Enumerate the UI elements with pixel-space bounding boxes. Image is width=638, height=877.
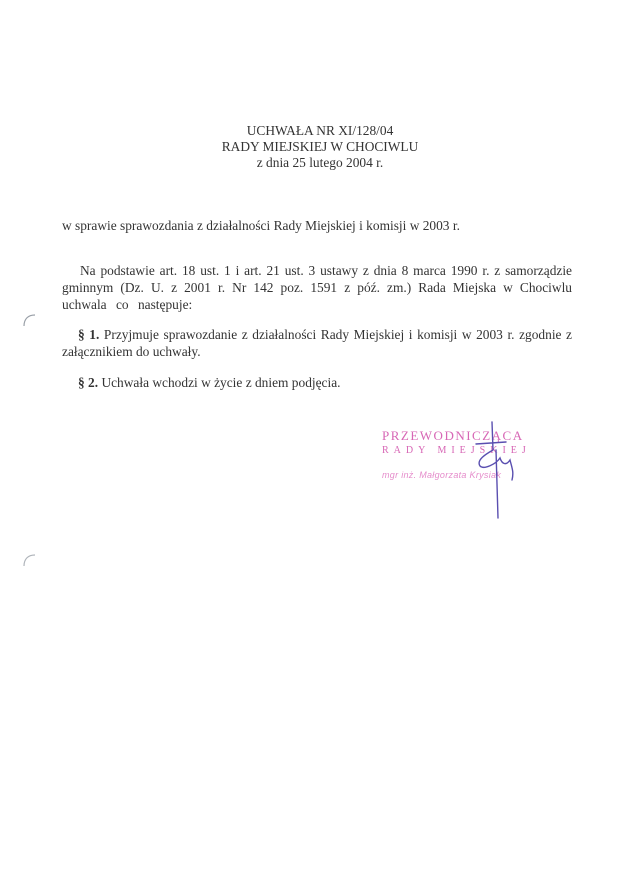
handwritten-signature-icon xyxy=(462,420,522,520)
document-page: UCHWAŁA NR XI/128/04 RADY MIEJSKIEJ W CH… xyxy=(0,0,638,877)
legal-basis-line: Na podstawie art. 18 ust. 1 i art. 21 us… xyxy=(62,262,572,279)
legal-basis-line: gminnym (Dz. U. z 2001 r. Nr 142 poz. 15… xyxy=(62,279,572,296)
resolution-subject: w sprawie sprawozdania z działalności Ra… xyxy=(62,218,460,234)
section-text: Przyjmuje sprawozdanie z działalności Ra… xyxy=(99,327,572,342)
section-text: Uchwała wchodzi w życie z dniem podjęcia… xyxy=(98,375,340,390)
resolution-title: UCHWAŁA NR XI/128/04 RADY MIEJSKIEJ W CH… xyxy=(140,123,500,171)
title-line-date: z dnia 25 lutego 2004 r. xyxy=(140,155,500,171)
title-line-number: UCHWAŁA NR XI/128/04 xyxy=(140,123,500,139)
punch-hole-mark-icon xyxy=(22,552,38,568)
title-line-council: RADY MIEJSKIEJ W CHOCIWLU xyxy=(140,139,500,155)
punch-hole-mark-icon xyxy=(22,312,38,328)
section-number: § 1. xyxy=(78,327,99,342)
section-text: załącznikiem do uchwały. xyxy=(62,343,572,360)
section-2: § 2. Uchwała wchodzi w życie z dniem pod… xyxy=(62,374,572,391)
legal-basis-paragraph: Na podstawie art. 18 ust. 1 i art. 21 us… xyxy=(62,262,572,313)
legal-basis-line: uchwala co następuje: xyxy=(62,296,572,313)
section-number: § 2. xyxy=(78,375,98,390)
section-1: § 1. Przyjmuje sprawozdanie z działalnoś… xyxy=(62,326,572,360)
